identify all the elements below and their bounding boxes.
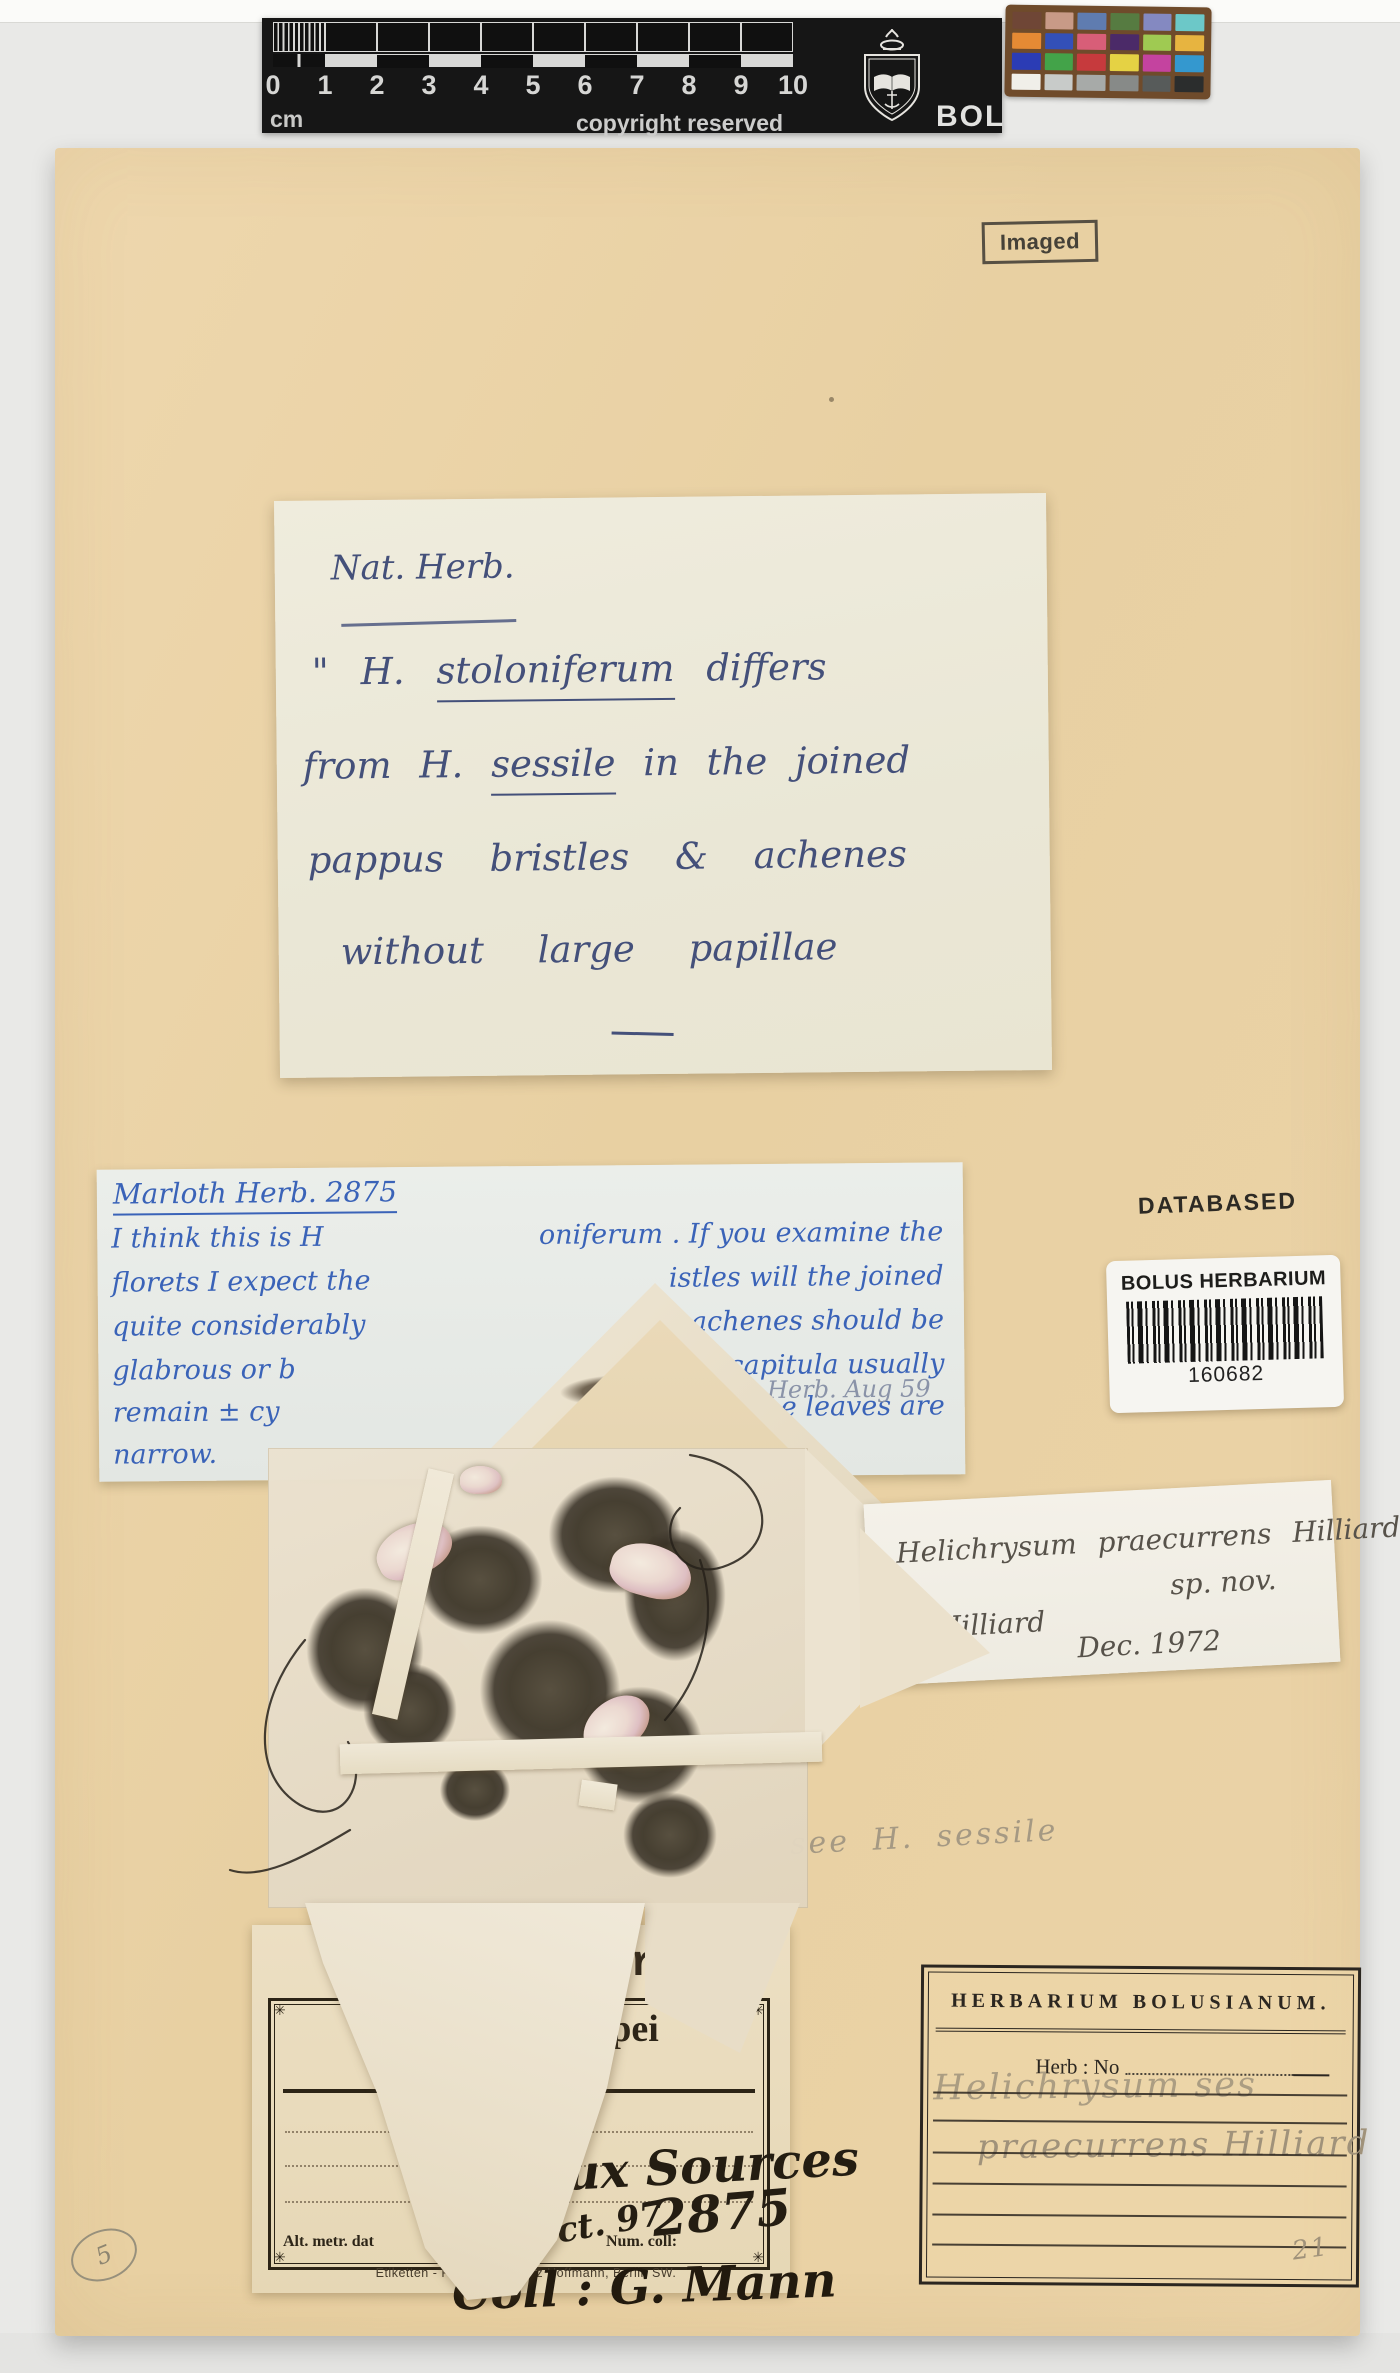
blue-note-line: florets I expect the istles will the joi… [112, 1260, 944, 1298]
note-fragment: oniferum . If you examine the [539, 1216, 944, 1251]
color-patch [1012, 53, 1041, 70]
barcode-label: BOLUS HERBARIUM 160682 [1106, 1255, 1344, 1413]
bolus-pencil-species: praecurrens Hilliard [977, 2123, 1371, 2167]
scale-number: 8 [681, 70, 696, 101]
color-patch [1110, 54, 1139, 71]
color-patch [1143, 13, 1172, 30]
barcode [1126, 1296, 1324, 1363]
scale-cm-block [429, 22, 481, 52]
flower-head [460, 1466, 502, 1494]
color-patch [1077, 33, 1106, 50]
scale-bar: 012345678910 cm copyright reserved BOL [262, 18, 1002, 133]
dash-stroke [1293, 2074, 1329, 2076]
corner-ornament-icon: ✳ [274, 2002, 286, 2019]
scale-half-block [741, 54, 793, 67]
color-patch [1143, 34, 1172, 51]
note-fragment: " H. [312, 650, 405, 694]
nat-herb-note-card: Nat. Herb. " H. stoloniferum differs fro… [274, 493, 1052, 1078]
color-patch [1142, 54, 1171, 71]
double-rule-line [936, 2028, 1346, 2035]
specimen-packet-bottomflap-shape [295, 1903, 655, 2303]
color-patch [1044, 74, 1073, 91]
note-fragment: remain ± cy [113, 1396, 280, 1428]
rule-line [933, 2183, 1347, 2188]
scale-half-block [689, 54, 741, 68]
scale-half-block [481, 54, 533, 68]
note-fragment: differs [706, 645, 827, 689]
det-species-line: Helichrysum praecurrens Hilliard [895, 1510, 1400, 1569]
note-fragment: istles will the joined [669, 1260, 944, 1293]
scale-number: 0 [265, 70, 280, 101]
blue-note-line: quite considerably achenes should be [112, 1304, 944, 1342]
color-patch [1176, 14, 1205, 31]
color-patch [1175, 55, 1204, 72]
color-patch [1012, 32, 1041, 49]
scale-number: 1 [317, 70, 332, 101]
color-patch [1078, 13, 1107, 30]
note-fragment: narrow. [113, 1439, 217, 1471]
plant-specimen [280, 1450, 740, 1890]
bolus-pencil-genus: Helichrysum ses [933, 2065, 1257, 2108]
color-patch [1175, 34, 1204, 51]
scale-half-block [429, 54, 481, 67]
note-fragment: in the joined [643, 738, 910, 784]
rule-line [932, 2244, 1346, 2249]
color-checker-card [1004, 5, 1211, 100]
color-patch [1110, 34, 1139, 51]
corner-ornament-icon: ✳ [274, 2249, 286, 2266]
color-patch [1045, 12, 1074, 29]
note-fragment: florets I expect the [112, 1265, 371, 1298]
blue-note-heading: Marloth Herb. 2875 [113, 1175, 397, 1215]
color-patch [1011, 73, 1040, 90]
imaged-stamp-label: Imaged [1000, 228, 1081, 256]
color-patch [1109, 75, 1138, 92]
note-line: " H. stoloniferum differs [312, 645, 827, 693]
bolus-herbarium-label: HERBARIUM BOLUSIANUM. Herb : No Helichry… [919, 1964, 1361, 2287]
color-checker-grid [1011, 12, 1204, 93]
scale-cm-block [273, 22, 325, 52]
scale-number: 7 [629, 70, 644, 101]
scale-cm-block [481, 22, 533, 52]
ink-speck [829, 397, 834, 402]
color-patch [1077, 74, 1106, 91]
note-line: pappus bristles & achenes [308, 832, 908, 881]
backdrop-bottom-strip [0, 2333, 1400, 2373]
barcode-label-title: BOLUS HERBARIUM [1106, 1267, 1341, 1297]
note-fragment: glabrous or b [112, 1354, 296, 1387]
color-patch [1045, 33, 1074, 50]
underline-stroke [341, 619, 516, 626]
color-patch [1110, 13, 1139, 30]
note-line: without large papillae [340, 925, 837, 973]
scale-half-block [533, 54, 585, 67]
color-patch [1044, 53, 1073, 70]
color-patch [1012, 12, 1041, 29]
bolus-corner-number: 21 [1290, 2232, 1331, 2267]
bolus-label-title: HERBARIUM BOLUSIANUM. [924, 1989, 1358, 2015]
color-patch [1142, 75, 1171, 92]
university-crest-icon [856, 29, 928, 125]
scale-cm-block [585, 22, 637, 52]
specimen-clump [610, 1780, 730, 1890]
corner-annotation-number: 5 [92, 2239, 117, 2271]
note-line: from H. sessile in the joined [303, 738, 911, 787]
det-spnov-line: sp. nov. [1169, 1563, 1277, 1602]
scale-half-block [585, 54, 637, 68]
databased-stamp: DATABASED [1138, 1187, 1298, 1220]
blue-note-line: I think this is H oniferum . If you exam… [111, 1216, 943, 1254]
scale-number: 9 [733, 70, 748, 101]
mounting-strip [578, 1780, 617, 1811]
note-heading: Nat. Herb. [330, 547, 514, 589]
scale-half-block [273, 54, 325, 67]
scale-cm-block [741, 22, 793, 52]
note-fragment-underlined: sessile [491, 741, 616, 795]
note-fragment: achenes should be [691, 1304, 944, 1337]
scale-cm-block [637, 22, 689, 52]
note-fragment-underlined: stoloniferum [436, 647, 675, 702]
imaged-stamp: Imaged [982, 220, 1099, 264]
scale-number: 2 [369, 70, 384, 101]
scale-cm-block [533, 22, 585, 52]
scale-half-block [325, 54, 377, 67]
institution-code-label: BOL [936, 100, 1005, 134]
scale-number: 4 [473, 70, 488, 101]
dash-stroke [612, 1031, 674, 1036]
color-patch [1175, 75, 1204, 92]
scale-half-block [377, 54, 429, 68]
copyright-label: copyright reserved [552, 110, 807, 137]
scale-number: 6 [577, 70, 592, 101]
scale-cm-block [689, 22, 741, 52]
note-fragment: I think this is H [111, 1222, 324, 1255]
det-date-line: Dec. 1972 [1076, 1624, 1221, 1664]
scale-half-block [637, 54, 689, 67]
note-fragment: quite considerably [112, 1309, 366, 1342]
scale-unit-label: cm [270, 106, 303, 133]
scale-cm-block [377, 22, 429, 52]
herbarium-specimen-photograph: 012345678910 cm copyright reserved BOL I… [0, 0, 1400, 2373]
scale-number: 5 [525, 70, 540, 101]
collection-number-handwriting: 2875 [650, 2177, 794, 2248]
scale-cm-block [325, 22, 377, 52]
color-patch [1077, 54, 1106, 71]
specimen-packet-bottomflap [295, 1903, 655, 2303]
rule-line [932, 2214, 1346, 2219]
barcode-number: 160682 [1109, 1360, 1344, 1391]
scale-number: 10 [778, 70, 808, 101]
scale-number: 3 [421, 70, 436, 101]
note-fragment: from H. [303, 743, 464, 788]
